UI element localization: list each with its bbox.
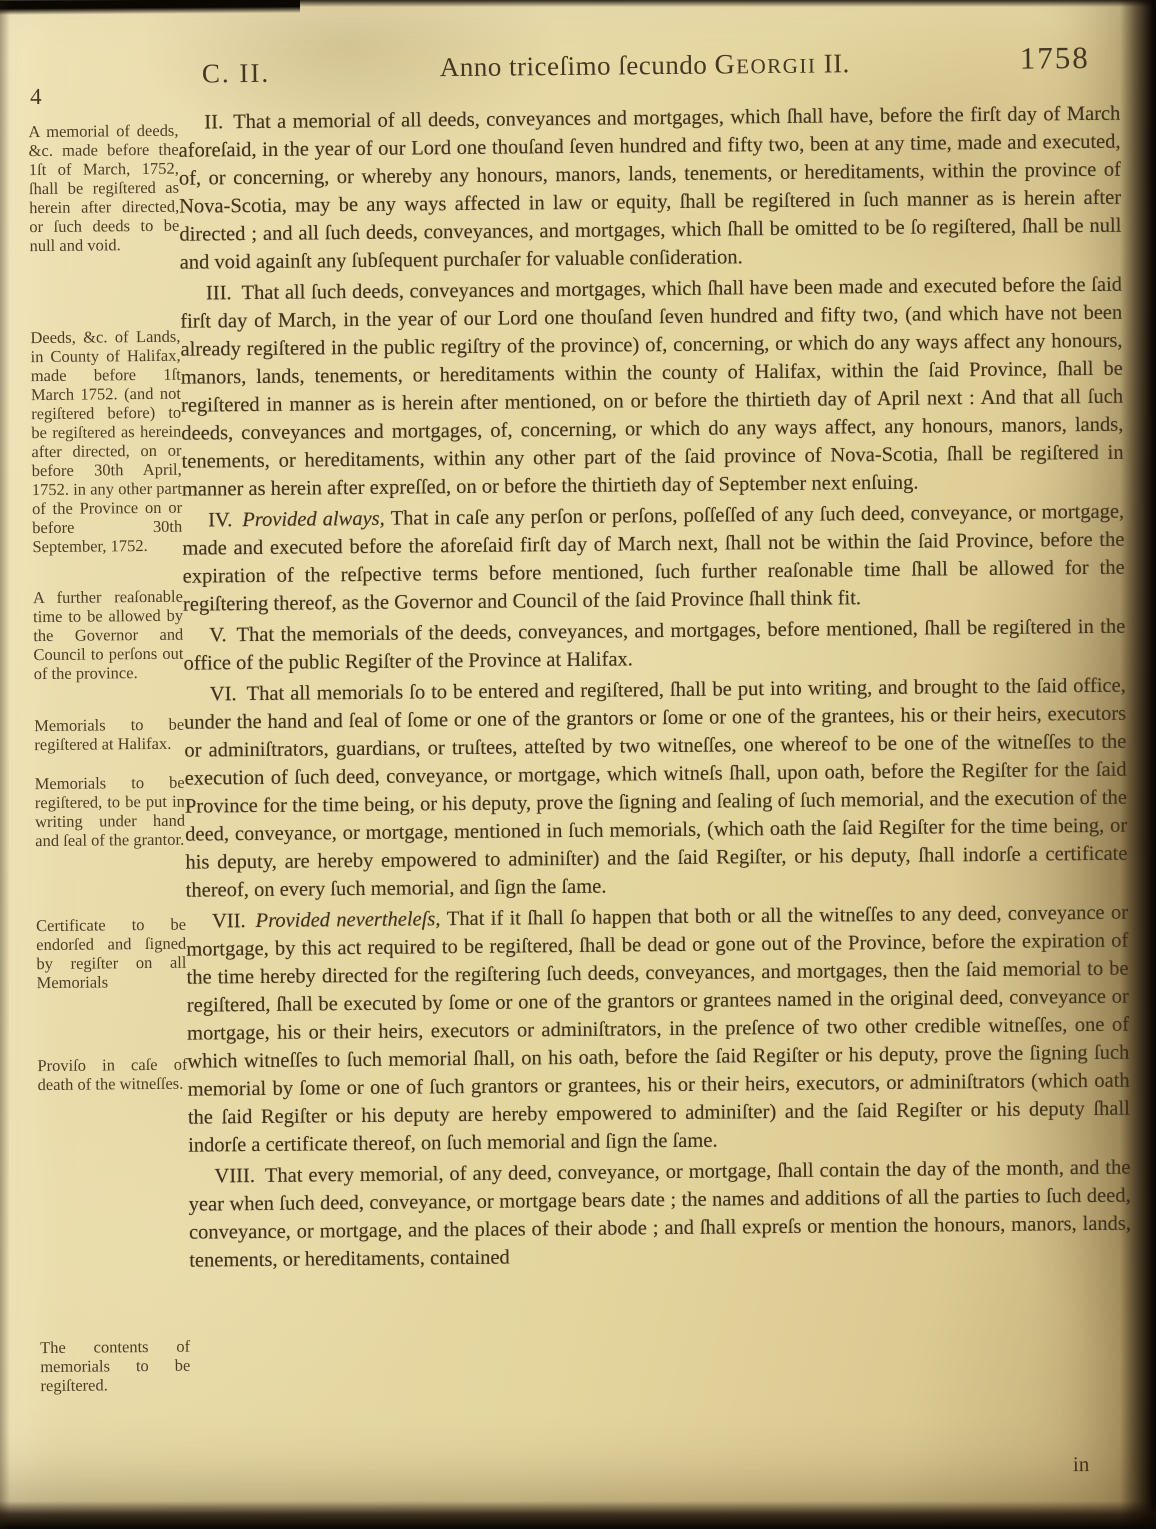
section-lead: Provided always,: [242, 508, 391, 531]
section-number: IV.: [208, 509, 232, 531]
scan-edge-top-left-corner: [0, 0, 300, 15]
section-body: That every memorial, of any deed, convey…: [189, 1157, 1131, 1272]
section-paragraph-viii: VIII.That every memorial, of any deed, c…: [188, 1154, 1131, 1275]
margin-note-proviso: Proviſo in caſe of death of the witneſſe…: [37, 1055, 187, 1094]
section-lead: Provided nevertheleſs,: [256, 908, 447, 932]
margin-note-certificate: Certificate to be endorſed and ſigned by…: [36, 915, 187, 992]
section-number: VIII.: [214, 1165, 255, 1187]
running-title-suffix: II.: [816, 48, 850, 78]
running-title: Anno triceſimo ſecundo GEORGII II.: [292, 47, 998, 86]
section-number: V.: [209, 624, 227, 646]
year-label: 1758: [1020, 40, 1090, 77]
section-paragraph-iii: III.That all ſuch deeds, conveyances and…: [180, 271, 1124, 504]
margin-note-section-iv: A further reaſonable time to be allowed …: [33, 587, 184, 683]
section-paragraph-ii: II.That a memorial of all deeds, conveya…: [178, 100, 1122, 277]
section-number: VII.: [212, 910, 246, 932]
section-paragraph-vii: VII.Provided nevertheleſs, That if it ſh…: [186, 899, 1130, 1160]
chapter-heading: C. II.: [202, 58, 271, 90]
scan-edge-left: [0, 0, 10, 1529]
section-body: That a memorial of all deeds, conveyance…: [179, 103, 1122, 274]
king-name: GEORGII: [714, 49, 816, 82]
running-title-prefix: Anno triceſimo ſecundo: [440, 50, 715, 83]
section-body: That the memorials of the deeds, conveya…: [183, 616, 1125, 675]
section-body: That all ſuch deeds, conveyances and mor…: [180, 274, 1124, 501]
margin-note-section-ii: A memorial of deeds, &c. made before the…: [28, 121, 179, 255]
scanned-page: 4 C. II. Anno triceſimo ſecundo GEORGII …: [0, 0, 1156, 1529]
section-paragraph-v: V.That the memorials of the deeds, conve…: [183, 613, 1125, 678]
margin-note-section-iii: Deeds, &c. of Lands, in County of Halifa…: [30, 327, 182, 556]
section-number: VI.: [210, 683, 237, 705]
section-body: That if it ſhall ſo happen that both or …: [186, 902, 1130, 1157]
section-body: That all memorials ſo to be entered and …: [184, 675, 1128, 902]
section-paragraph-vi: VI.That all memorials ſo to be entered a…: [184, 672, 1128, 905]
scan-edge-bottom: [0, 1501, 1156, 1529]
body-text-column: II.That a memorial of all deeds, conveya…: [178, 100, 1131, 1275]
scan-edge-right: [1120, 0, 1156, 1529]
margin-note-section-vi: Memorials to be regiſtered, to be put in…: [35, 773, 186, 850]
section-paragraph-iv: IV.Provided always, That in caſe any per…: [182, 498, 1125, 619]
margin-note-contents: The contents of memorials to be regiſter…: [40, 1337, 191, 1395]
catchword: in: [1073, 1452, 1090, 1477]
section-number: II.: [204, 111, 223, 133]
page-number: 4: [30, 84, 42, 110]
section-number: III.: [206, 282, 232, 304]
margin-note-section-v: Memorials to be regiſtered at Halifax.: [34, 715, 184, 754]
page-content: 4 C. II. Anno triceſimo ſecundo GEORGII …: [0, 0, 1156, 1529]
